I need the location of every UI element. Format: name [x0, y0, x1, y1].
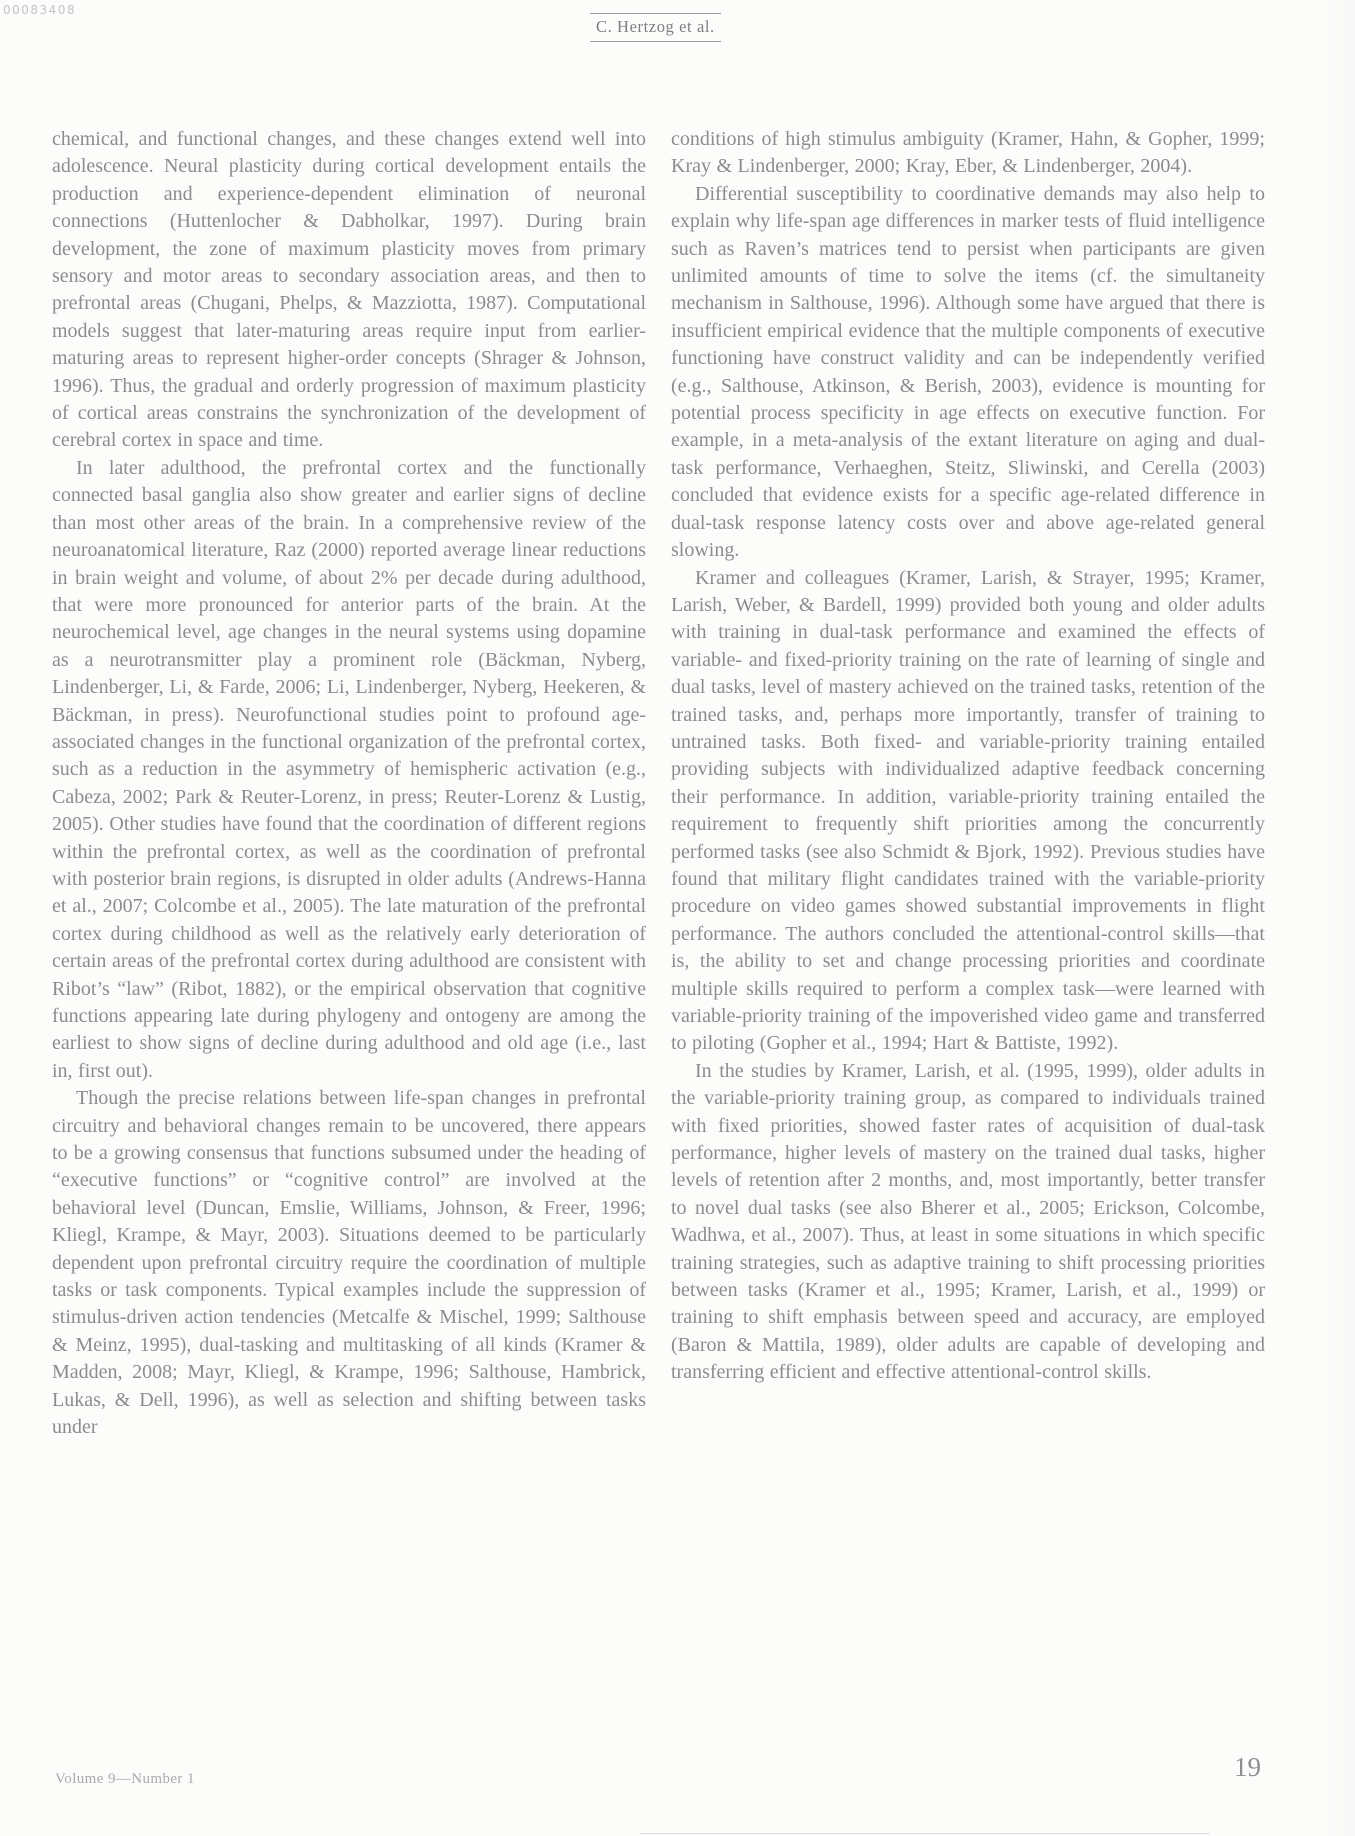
running-head: C. Hertzog et al. [590, 13, 721, 42]
left-column: chemical, and functional changes, and th… [52, 126, 646, 1442]
footer-page-number: 19 [1234, 1752, 1261, 1783]
paragraph: chemical, and functional changes, and th… [52, 126, 646, 455]
journal-page: 00083408 C. Hertzog et al. chemical, and… [0, 0, 1355, 1836]
paragraph: Differential susceptibility to coordinat… [671, 181, 1265, 565]
footer-volume-info: Volume 9—Number 1 [55, 1771, 195, 1788]
paragraph: In the studies by Kramer, Larish, et al.… [671, 1058, 1265, 1387]
paragraph: Kramer and colleagues (Kramer, Larish, &… [671, 565, 1265, 1058]
scan-number: 00083408 [3, 3, 76, 17]
scan-artifact-line [640, 1833, 1210, 1834]
paragraph: conditions of high stimulus ambiguity (K… [671, 126, 1265, 181]
paragraph: Though the precise relations between lif… [52, 1085, 646, 1441]
paragraph: In later adulthood, the prefrontal corte… [52, 455, 646, 1085]
right-column: conditions of high stimulus ambiguity (K… [671, 126, 1265, 1387]
